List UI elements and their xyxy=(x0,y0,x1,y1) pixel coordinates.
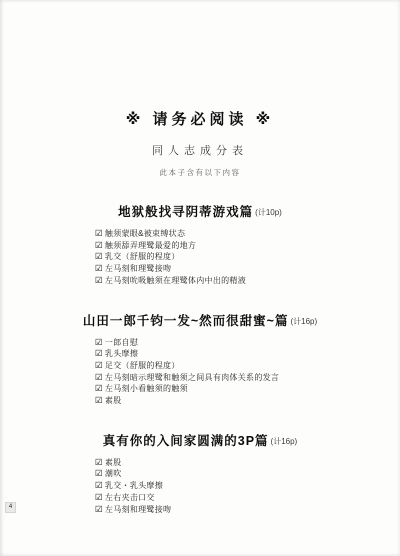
section-heading-text: 山田一郎千钧一发~然而很甜蜜~篇 xyxy=(83,314,289,328)
list-item: ☑触须蒙眼&被束缚状态 xyxy=(95,228,400,240)
list-item: ☑乳交・乳头摩擦 xyxy=(95,480,400,492)
checked-checkbox-icon: ☑ xyxy=(95,337,103,348)
checked-checkbox-icon: ☑ xyxy=(95,457,103,468)
list-item: ☑乳头摩擦 xyxy=(95,348,400,360)
list-item: ☑左马刻和理鹭接吻 xyxy=(95,263,400,275)
list-item-label: 素股 xyxy=(105,396,122,405)
list-item-label: 乳交（舒服的程度） xyxy=(105,252,180,261)
list-item-label: 左马刻和理鹭接吻 xyxy=(105,264,171,273)
list-item: ☑左马刻小看触须的触须 xyxy=(95,383,400,395)
checked-checkbox-icon: ☑ xyxy=(95,360,103,371)
checked-checkbox-icon: ☑ xyxy=(95,348,103,359)
list-item-label: 触须舔弄理鹭最爱的地方 xyxy=(105,241,196,250)
list-item-label: 左右夹击口交 xyxy=(105,493,155,502)
list-item-label: 左马刻暗示理鹭和触须之间具有肉体关系的发言 xyxy=(105,373,279,382)
checked-checkbox-icon: ☑ xyxy=(95,263,103,274)
list-item: ☑左右夹击口交 xyxy=(95,492,400,504)
list-item-label: 左马刻吮吸触须在理鹭体内中出的精液 xyxy=(105,276,246,285)
checked-checkbox-icon: ☑ xyxy=(95,395,103,406)
checked-checkbox-icon: ☑ xyxy=(95,504,103,515)
page-corner-mark: 4 xyxy=(5,502,16,513)
checklist: ☑触须蒙眼&被束缚状态 ☑触须舔弄理鹭最爱的地方 ☑乳交（舒服的程度） ☑左马刻… xyxy=(95,228,400,287)
page-count-badge: (计16p) xyxy=(290,317,317,326)
checklist: ☑一郎自慰 ☑乳头摩擦 ☑足交（舒服的程度） ☑左马刻暗示理鹭和触须之间具有肉体… xyxy=(95,337,400,407)
section-heading: 山田一郎千钧一发~然而很甜蜜~篇(计16p) xyxy=(0,311,400,329)
checked-checkbox-icon: ☑ xyxy=(95,251,103,262)
section-clitoris-game: 地狱般找寻阴蒂游戏篇(计10p) ☑触须蒙眼&被束缚状态 ☑触须舔弄理鹭最爱的地… xyxy=(0,202,400,287)
section-heading: 真有你的入间家圆满的3P篇(计16p) xyxy=(0,431,400,449)
list-item-label: 足交（舒服的程度） xyxy=(105,361,180,370)
list-item: ☑左马刻吮吸触须在理鹭体内中出的精液 xyxy=(95,275,400,287)
list-item: ☑足交（舒服的程度） xyxy=(95,360,400,372)
list-item-label: 素股 xyxy=(105,458,122,467)
list-item-label: 左马刻和理鹭接吻 xyxy=(105,505,171,514)
checklist: ☑素股 ☑潮吹 ☑乳交・乳头摩擦 ☑左右夹击口交 ☑左马刻和理鹭接吻 xyxy=(95,457,400,516)
intro-note: 此本子含有以下内容 xyxy=(0,167,400,178)
list-item-label: 触须蒙眼&被束缚状态 xyxy=(105,229,185,238)
section-iruma-3p: 真有你的入间家圆满的3P篇(计16p) ☑素股 ☑潮吹 ☑乳交・乳头摩擦 ☑左右… xyxy=(0,431,400,516)
list-item-label: 潮吹 xyxy=(105,469,122,478)
list-item: ☑一郎自慰 xyxy=(95,337,400,349)
list-item: ☑潮吹 xyxy=(95,468,400,480)
list-item-label: 乳头摩擦 xyxy=(105,349,138,358)
list-item: ☑素股 xyxy=(95,395,400,407)
list-item: ☑触须舔弄理鹭最爱的地方 xyxy=(95,240,400,252)
checked-checkbox-icon: ☑ xyxy=(95,228,103,239)
list-item: ☑素股 xyxy=(95,457,400,469)
list-item-label: 一郎自慰 xyxy=(105,338,138,347)
page-title: ※ 请务必阅读 ※ xyxy=(0,0,400,129)
page-subtitle: 同人志成分表 xyxy=(0,142,400,158)
checked-checkbox-icon: ☑ xyxy=(95,383,103,394)
list-item-label: 左马刻小看触须的触须 xyxy=(105,384,188,393)
checked-checkbox-icon: ☑ xyxy=(95,468,103,479)
checked-checkbox-icon: ☑ xyxy=(95,240,103,251)
checked-checkbox-icon: ☑ xyxy=(95,492,103,503)
checked-checkbox-icon: ☑ xyxy=(95,480,103,491)
list-item: ☑乳交（舒服的程度） xyxy=(95,251,400,263)
list-item: ☑左马刻暗示理鹭和触须之间具有肉体关系的发言 xyxy=(95,372,400,384)
section-heading-text: 地狱般找寻阴蒂游戏篇 xyxy=(118,205,253,219)
scanned-document-page: ※ 请务必阅读 ※ 同人志成分表 此本子含有以下内容 地狱般找寻阴蒂游戏篇(计1… xyxy=(0,0,400,556)
list-item-label: 乳交・乳头摩擦 xyxy=(105,481,163,490)
checked-checkbox-icon: ☑ xyxy=(95,372,103,383)
section-heading: 地狱般找寻阴蒂游戏篇(计10p) xyxy=(0,202,400,220)
list-item: ☑左马刻和理鹭接吻 xyxy=(95,504,400,516)
section-ichiro-sweet: 山田一郎千钧一发~然而很甜蜜~篇(计16p) ☑一郎自慰 ☑乳头摩擦 ☑足交（舒… xyxy=(0,311,400,407)
page-content: ※ 请务必阅读 ※ 同人志成分表 此本子含有以下内容 地狱般找寻阴蒂游戏篇(计1… xyxy=(0,0,400,515)
page-count-badge: (计16p) xyxy=(271,437,298,446)
page-count-badge: (计10p) xyxy=(255,208,282,217)
checked-checkbox-icon: ☑ xyxy=(95,275,103,286)
section-heading-text: 真有你的入间家圆满的3P篇 xyxy=(103,434,269,448)
